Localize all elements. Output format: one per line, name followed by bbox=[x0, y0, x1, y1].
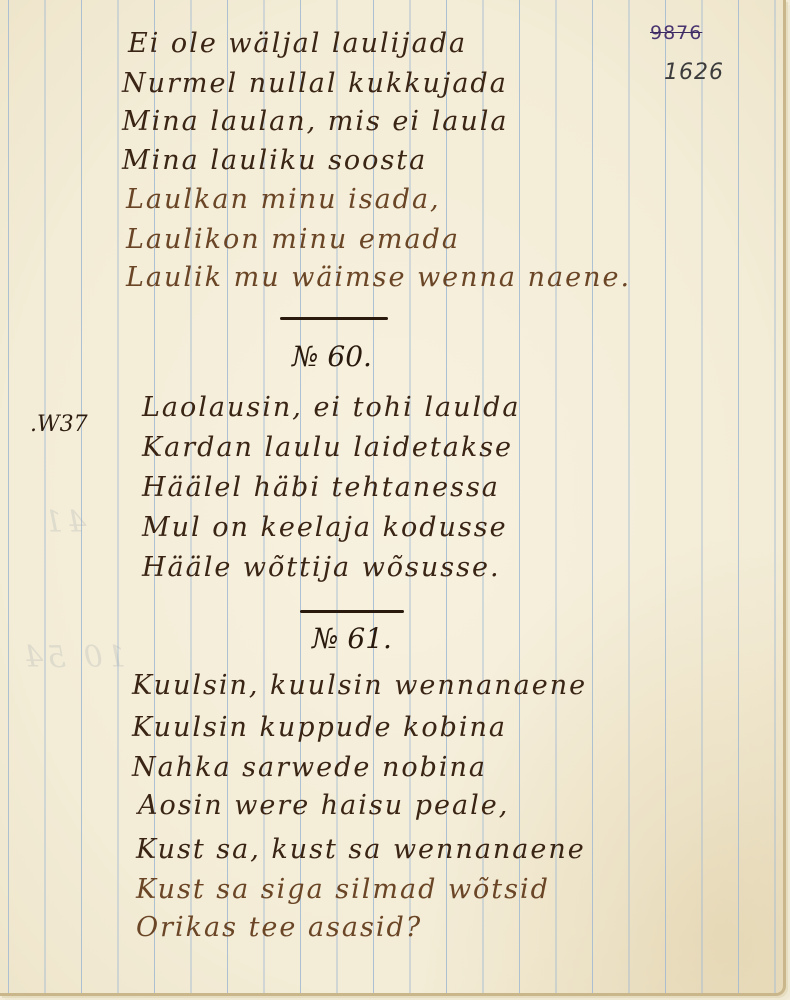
poem-line: Laulkan minu isada, bbox=[126, 184, 441, 215]
poem-line: Kuulsin kuppude kobina bbox=[132, 712, 507, 743]
poem-line: Laulik mu wäimse wenna naene. bbox=[126, 262, 631, 293]
section-divider bbox=[280, 317, 388, 320]
poem-line: Orikas tee asasid? bbox=[136, 912, 422, 943]
poem-line: Nurmel nullal kukkujada bbox=[122, 68, 508, 99]
poem-line: Mina laulan, mis ei laula bbox=[122, 106, 509, 137]
poem-line: Hääle wõttija wõsusse. bbox=[142, 552, 501, 583]
section-divider bbox=[300, 610, 404, 613]
poem-line: Kust sa, kust sa wennanaene bbox=[136, 834, 586, 865]
poem-line: Mina lauliku soosta bbox=[122, 145, 427, 176]
poem-line: Laolausin, ei tohi laulda bbox=[142, 392, 521, 423]
poem-line: Kuulsin, kuulsin wennanaene bbox=[132, 670, 587, 701]
poem-line: Häälel häbi tehtanessa bbox=[142, 472, 500, 503]
bleed-through-mark: 41 bbox=[40, 505, 86, 540]
margin-note: .W37 bbox=[30, 412, 88, 437]
stamped-page-number: 9876 bbox=[650, 22, 702, 44]
poem-line: Ei ole wäljal laulijada bbox=[128, 28, 467, 59]
poem-line: Nahka sarwede nobina bbox=[132, 752, 487, 783]
pencil-page-number: 1626 bbox=[664, 60, 724, 85]
poem-line: Laulikon minu emada bbox=[126, 224, 460, 255]
section-heading: № 61. bbox=[312, 622, 392, 655]
poem-line: Kardan laulu laidetakse bbox=[142, 432, 513, 463]
poem-line: Aosin were haisu peale, bbox=[138, 790, 509, 821]
poem-line: Mul on keelaja kodusse bbox=[142, 512, 508, 543]
poem-line: Kust sa siga silmad wõtsid bbox=[136, 874, 550, 905]
section-heading: № 60. bbox=[292, 340, 372, 373]
manuscript-page: 41 10 54 9876 1626 Ei ole wäljal laulija… bbox=[0, 0, 786, 996]
bleed-through-mark: 10 54 bbox=[20, 640, 126, 675]
